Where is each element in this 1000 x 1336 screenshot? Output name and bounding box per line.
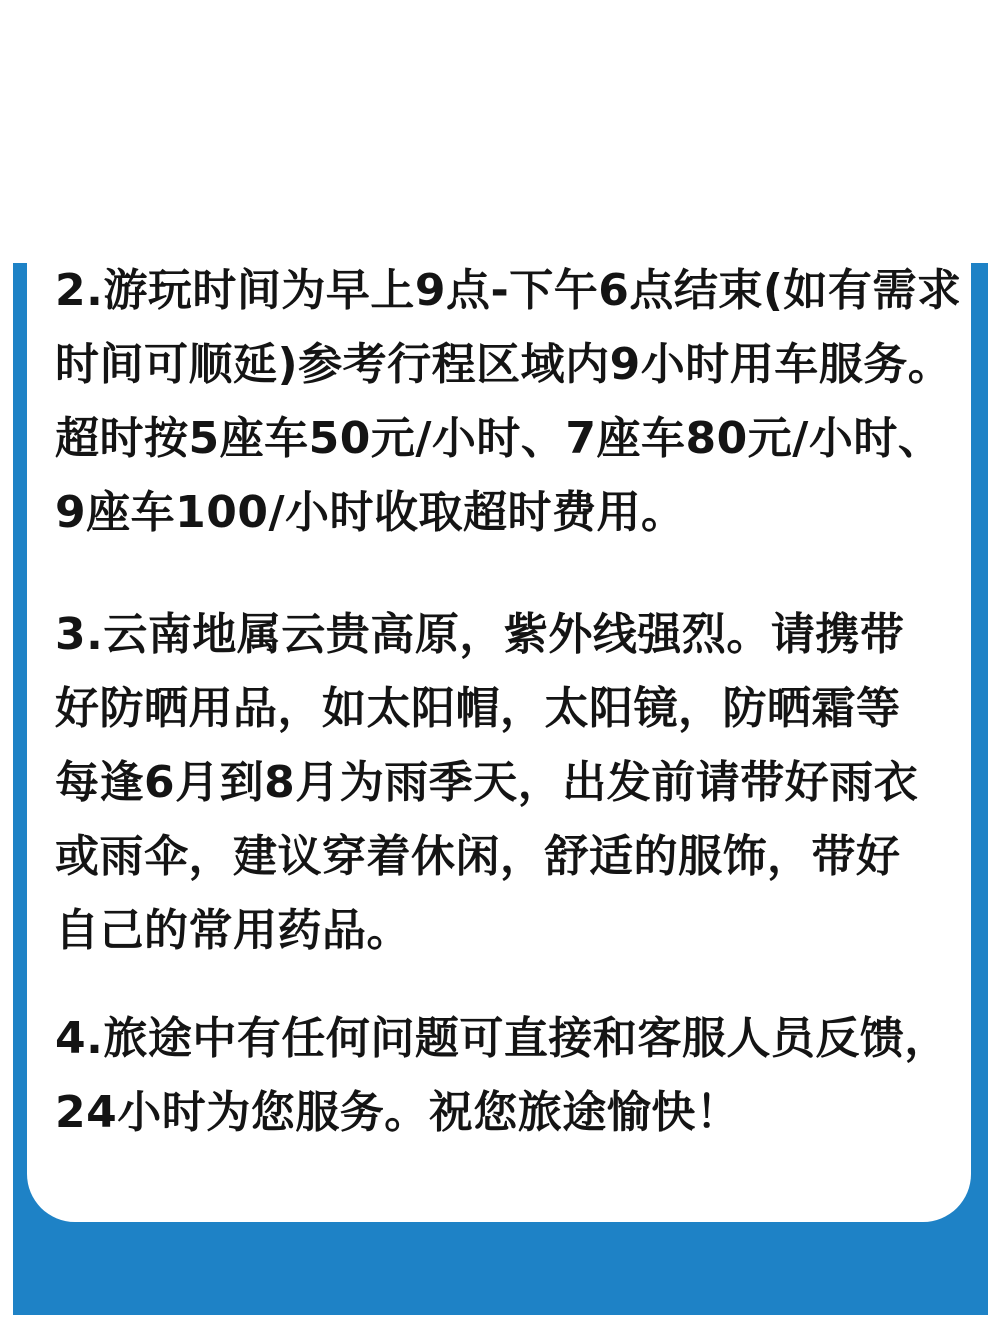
- notice-text-block: 2.游玩时间为早上9点-下午6点结束(如有需求 时间可顺延)参考行程区域内9小时…: [55, 254, 955, 1150]
- notice-paragraph-4: 4.旅途中有任何问题可直接和客服人员反馈， 24小时为您服务。祝您旅途愉快！: [55, 1002, 955, 1150]
- text-line: 自己的常用药品。: [55, 894, 955, 968]
- text-line: 2.游玩时间为早上9点-下午6点结束(如有需求: [55, 254, 955, 328]
- notice-page: 2.游玩时间为早上9点-下午6点结束(如有需求 时间可顺延)参考行程区域内9小时…: [0, 0, 1000, 1336]
- notice-paragraph-2: 2.游玩时间为早上9点-下午6点结束(如有需求 时间可顺延)参考行程区域内9小时…: [55, 254, 955, 550]
- text-line: 9座车100/小时收取超时费用。: [55, 476, 955, 550]
- text-line: 24小时为您服务。祝您旅途愉快！: [55, 1076, 955, 1150]
- text-line: 每逢6月到8月为雨季天，出发前请带好雨衣: [55, 746, 955, 820]
- text-line: 好防晒用品，如太阳帽，太阳镜，防晒霜等: [55, 672, 955, 746]
- text-line: 或雨伞，建议穿着休闲，舒适的服饰，带好: [55, 820, 955, 894]
- notice-paragraph-3: 3.云南地属云贵高原，紫外线强烈。请携带 好防晒用品，如太阳帽，太阳镜，防晒霜等…: [55, 598, 955, 968]
- text-line: 时间可顺延)参考行程区域内9小时用车服务。: [55, 328, 955, 402]
- text-line: 3.云南地属云贵高原，紫外线强烈。请携带: [55, 598, 955, 672]
- text-line: 超时按5座车50元/小时、7座车80元/小时、: [55, 402, 955, 476]
- text-line: 4.旅途中有任何问题可直接和客服人员反馈，: [55, 1002, 955, 1076]
